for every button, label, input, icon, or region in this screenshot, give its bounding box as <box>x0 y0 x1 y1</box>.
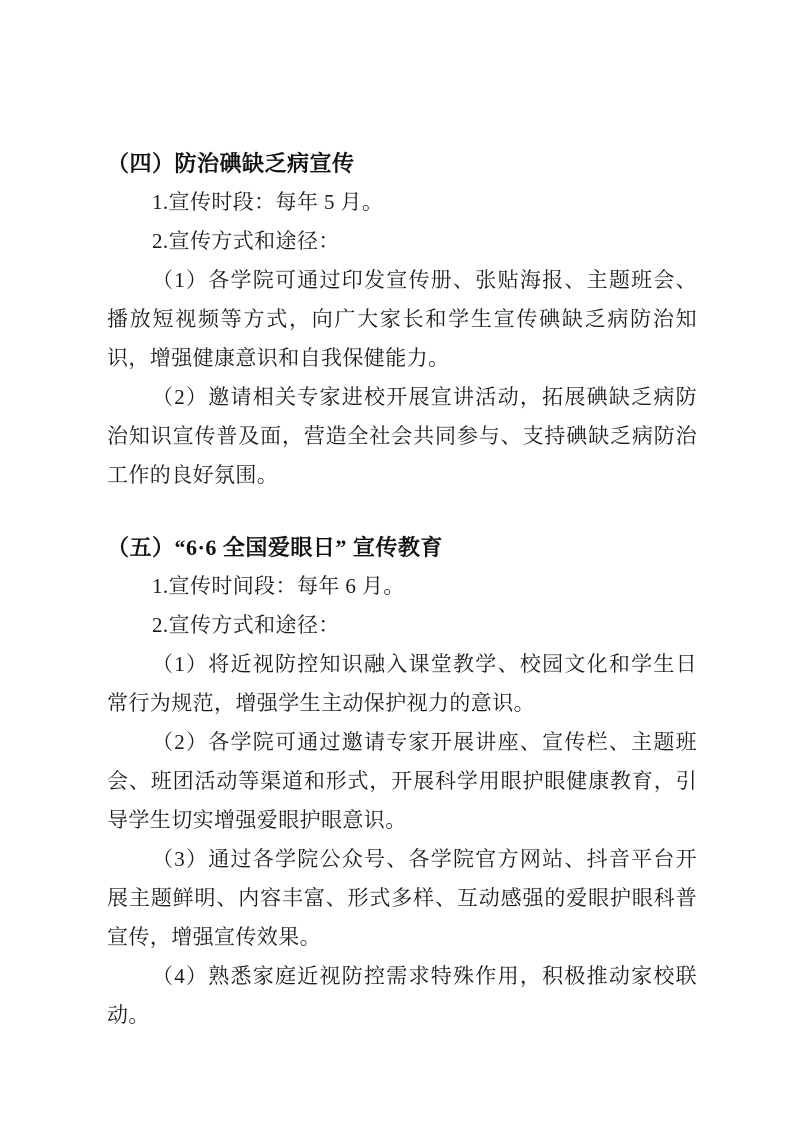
section-eye-care-day: （五）“6·6 全国爱眼日” 宣传教育 1.宣传时间段：每年 6 月。 2.宣传… <box>107 528 697 1035</box>
section-heading-4: （四）防治碘缺乏病宣传 <box>107 144 697 183</box>
paragraph-method-4: （4）熟悉家庭近视防控需求特殊作用，积极推动家校联动。 <box>107 957 697 1035</box>
paragraph-methods-label: 2.宣传方式和途径： <box>107 222 697 261</box>
document-page: （四）防治碘缺乏病宣传 1.宣传时段：每年 5 月。 2.宣传方式和途径： （1… <box>0 0 793 1122</box>
paragraph-method-2: （2）各学院可通过邀请专家开展讲座、宣传栏、主题班会、班团活动等渠道和形式，开展… <box>107 723 697 840</box>
paragraph-time-period: 1.宣传时间段：每年 6 月。 <box>107 567 697 606</box>
section-heading-5: （五）“6·6 全国爱眼日” 宣传教育 <box>107 528 697 567</box>
paragraph-time-period: 1.宣传时段：每年 5 月。 <box>107 183 697 222</box>
paragraph-method-3: （3）通过各学院公众号、各学院官方网站、抖音平台开展主题鲜明、内容丰富、形式多样… <box>107 840 697 957</box>
paragraph-method-1: （1）将近视防控知识融入课堂教学、校园文化和学生日常行为规范，增强学生主动保护视… <box>107 645 697 723</box>
paragraph-methods-label: 2.宣传方式和途径： <box>107 606 697 645</box>
section-iodine-deficiency: （四）防治碘缺乏病宣传 1.宣传时段：每年 5 月。 2.宣传方式和途径： （1… <box>107 144 697 495</box>
paragraph-method-2: （2）邀请相关专家进校开展宣讲活动，拓展碘缺乏病防治知识宣传普及面，营造全社会共… <box>107 378 697 495</box>
paragraph-method-1: （1）各学院可通过印发宣传册、张贴海报、主题班会、播放短视频等方式，向广大家长和… <box>107 261 697 378</box>
